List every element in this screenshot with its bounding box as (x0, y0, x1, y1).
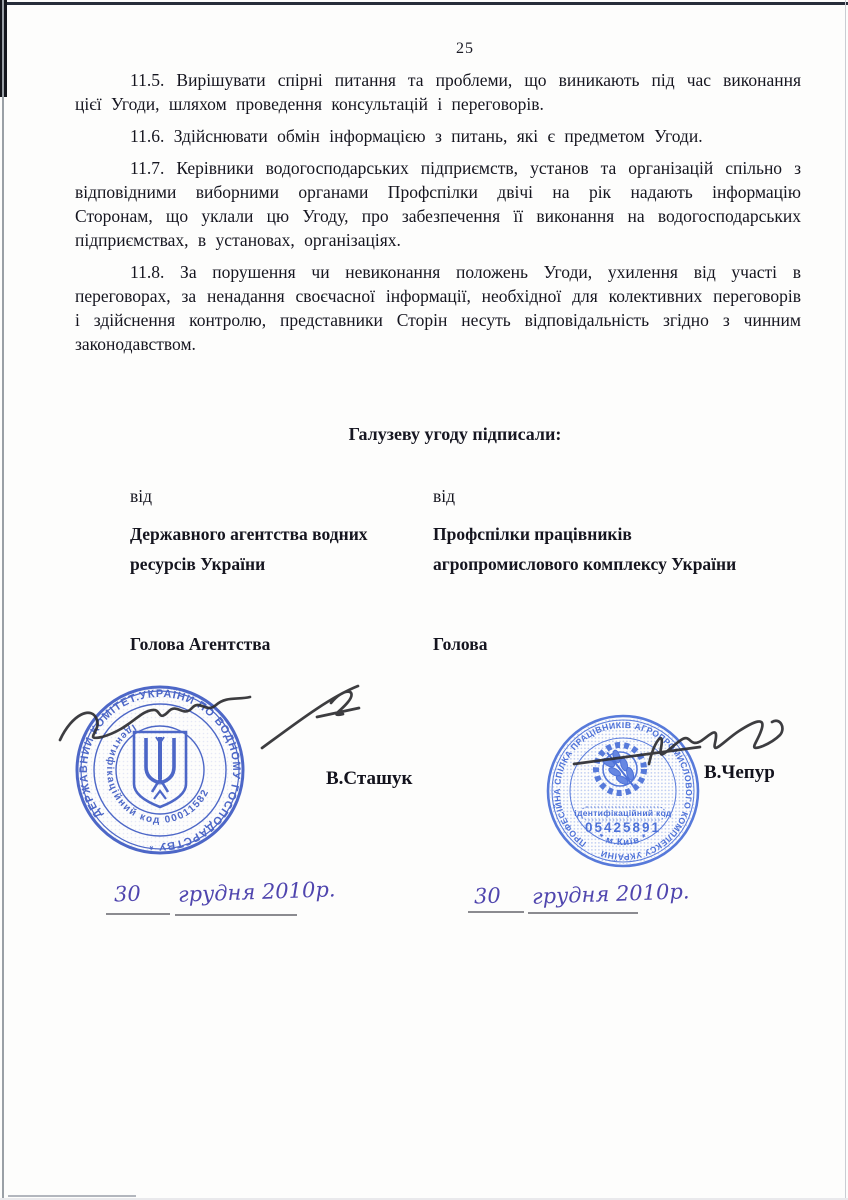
signature-left-flourish (262, 686, 359, 748)
org-name-right-line1: Профспілки працівників (433, 519, 813, 549)
role-right: Голова (433, 634, 487, 655)
from-label-right: від (433, 486, 813, 507)
paragraph-11-7: 11.7. Керівники водогосподарських підпри… (75, 156, 801, 252)
official-seal-trade-union: ПРОФЕСІЙНА СПІЛКА ПРАЦІВНИКІВ АГРОПРОМИС… (545, 712, 705, 872)
from-label-left: від (130, 486, 450, 507)
handwritten-date-month-left: грудня 2010р. (178, 877, 336, 906)
seal-code-label: ідентифікаційний код (574, 808, 671, 818)
date-underline-left-month (175, 914, 297, 916)
seal-graphic: ДЕРЖАВНИЙ КОМІТЕТ.УКРАЇНИ ПО ВОДНОМУ ГОС… (77, 687, 243, 853)
official-seal-water-committee: ДЕРЖАВНИЙ КОМІТЕТ.УКРАЇНИ ПО ВОДНОМУ ГОС… (70, 680, 260, 865)
handwritten-date-day-right: 30 (474, 884, 502, 909)
signatory-column-right: від Профспілки працівників агропромислов… (433, 486, 813, 579)
paragraph-11-5: 11.5. Вирішувати спірні питання та пробл… (75, 68, 801, 116)
seal-code-number: 05425891 (585, 820, 661, 835)
signatory-column-left: від Державного агентства водних ресурсів… (130, 486, 450, 579)
org-name-right-line2: агропромислового комплексу України (433, 549, 813, 579)
scan-edge-left-line (2, 0, 4, 1200)
role-left: Голова Агентства (130, 634, 270, 655)
scan-edge-top (0, 2, 848, 5)
paragraph-11-6: 11.6. Здійснювати обмін інформацією з пи… (75, 124, 801, 148)
signatory-name-right: В.Чепур (704, 762, 775, 784)
seal-graphic: ПРОФЕСІЙНА СПІЛКА ПРАЦІВНИКІВ АГРОПРОМИС… (548, 716, 698, 866)
scan-edge-bottom-segment (8, 1195, 136, 1197)
page-number: 25 (0, 40, 848, 58)
date-underline-left-day (106, 913, 170, 915)
handwritten-date-day-left: 30 (114, 882, 142, 907)
scan-edge-right-line (845, 0, 846, 1200)
signatory-name-left: В.Сташук (326, 768, 412, 790)
org-name-left-line1: Державного агентства водних (130, 519, 450, 549)
org-name-left-line2: ресурсів України (130, 549, 450, 579)
signing-heading: Галузеву угоду підписали: (75, 424, 835, 445)
date-underline-right-day (468, 911, 524, 913)
paragraph-11-8: 11.8. За порушення чи невиконання положе… (75, 260, 801, 356)
scanned-document-page: 25 11.5. Вирішувати спірні питання та пр… (0, 0, 848, 1200)
body-text: 11.5. Вирішувати спірні питання та пробл… (75, 68, 801, 364)
handwritten-date-month-right: грудня 2010р. (532, 879, 690, 908)
date-underline-right-month (528, 912, 638, 914)
